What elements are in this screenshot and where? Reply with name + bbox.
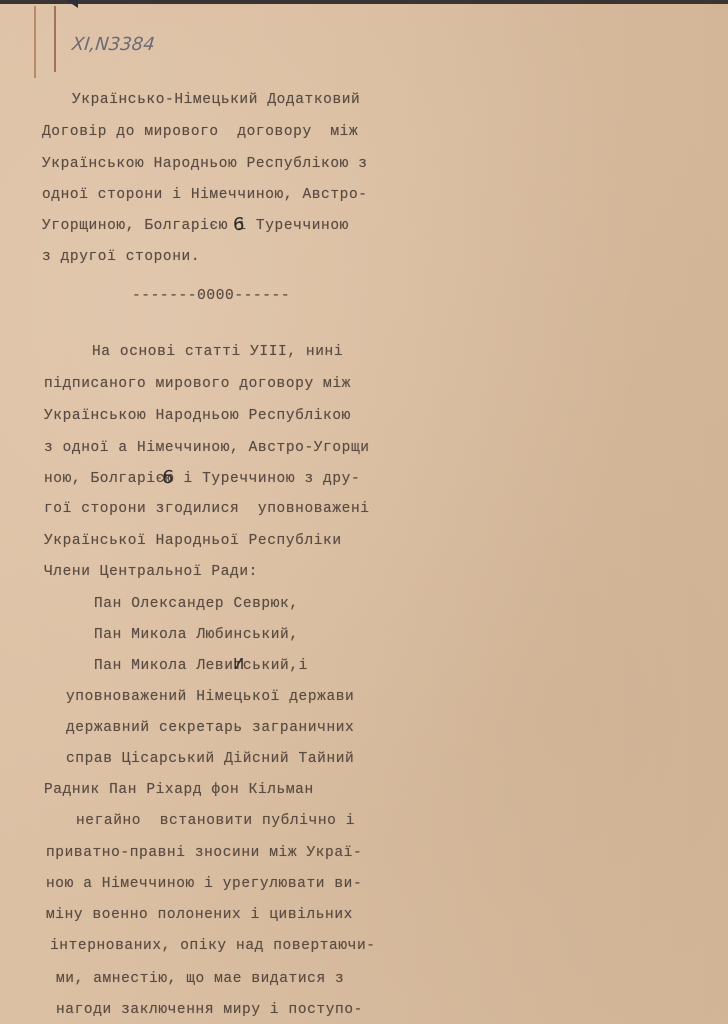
body-line: уповноважений Німецької держави: [66, 689, 354, 705]
page-top-edge: [0, 0, 728, 4]
body-line: гої сторони згодилися уповноважені: [44, 501, 370, 517]
body-line: з одної а Німеччиною, Австро-Угорщи: [44, 440, 370, 456]
page-corner-shadow: [66, 0, 78, 8]
title-line: Українською Народньою Республікою з: [42, 156, 368, 172]
binding-mark: [54, 6, 56, 72]
handwritten-correction: 6: [233, 214, 244, 235]
body-line: міну военно полонених і цивільних: [46, 907, 353, 923]
signatory-line: Пан Микола Любинський,: [94, 627, 299, 643]
body-line: приватно-правні зносини між Украї-: [46, 845, 362, 861]
title-line: Договір до мирового договору між: [42, 124, 358, 140]
handwritten-correction: И: [233, 655, 244, 673]
body-line: підписаного мирового договору між: [44, 376, 351, 392]
body-line: ми, амнестію, що мае видатися з: [56, 971, 344, 987]
title-line: Українсько-Німецький Додатковий: [72, 92, 360, 108]
body-line: Члени Центральної Ради:: [44, 564, 258, 580]
body-line: На основі статті УIII, нині: [92, 344, 343, 360]
section-separator: -------0000------: [132, 288, 290, 304]
title-line: одної сторони і Німеччиною, Австро-: [42, 187, 368, 203]
document-page: XI,N3384 Українсько-Німецький Додатковий…: [0, 0, 728, 1024]
signatory-line: Пан Олександер Севрюк,: [94, 596, 299, 612]
signatory-line: Пан Микола Левитський,і: [94, 658, 308, 674]
archive-number: XI,N3384: [71, 34, 156, 55]
body-line: Українською Народньою Республікою: [44, 408, 351, 424]
title-line: з другої сторони.: [42, 249, 200, 265]
binding-mark: [34, 6, 36, 78]
body-line: ною а Німеччиною і урегулювати ви-: [46, 876, 362, 892]
body-line: інтернованих, опіку над повертаючи-: [50, 938, 376, 954]
body-line: державний секретарь заграничних: [66, 720, 354, 736]
body-line: ною, Болгарією і Туреччиною з дру-: [44, 471, 360, 487]
body-line: Української Народньої Республіки: [44, 533, 342, 549]
body-line: нагоди заключення миру і поступо-: [56, 1002, 363, 1018]
body-line: негайно встановити публічно і: [76, 813, 355, 829]
body-line: справ Цісарський Дійсний Тайний: [66, 751, 354, 767]
title-line: Угорщиною, Болгарією і Туреччиною: [42, 218, 349, 234]
body-line: Радник Пан Ріхард фон Кільман: [44, 782, 314, 798]
